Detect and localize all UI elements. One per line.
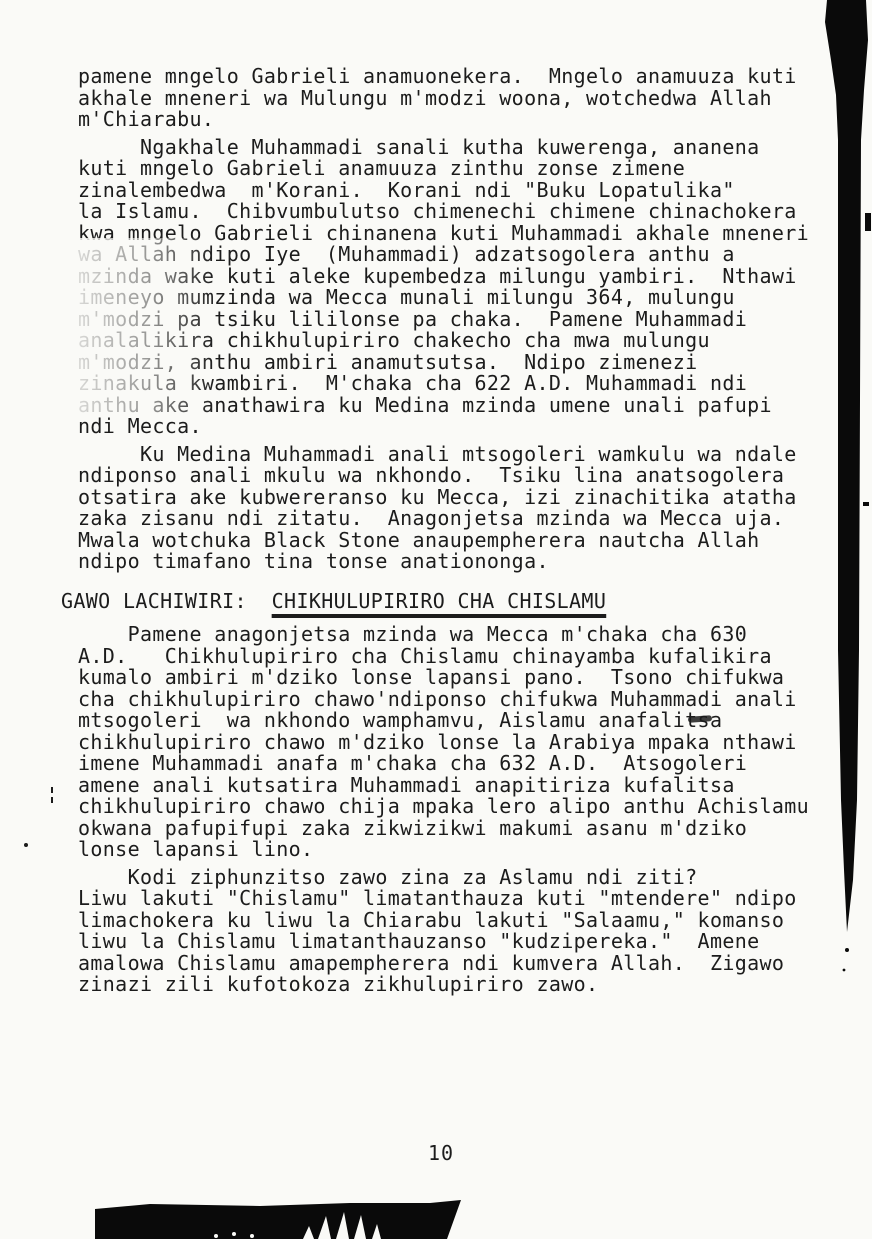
blob-streak-artifact <box>318 1216 331 1239</box>
edge-speck-artifact <box>843 969 846 972</box>
bottom-blob-artifact <box>95 1200 461 1239</box>
para-medina: Ku Medina Muhammadi anali mtsogoleri wam… <box>78 444 838 573</box>
edge-tick-artifact <box>865 213 871 231</box>
blob-streak-artifact <box>303 1226 314 1239</box>
para-teachings: Kodi ziphunzitso zawo zina za Aslamu ndi… <box>78 867 838 996</box>
blob-speck-artifact <box>214 1234 218 1238</box>
page-number: 10 <box>428 1141 454 1165</box>
blob-streak-artifact <box>336 1212 349 1239</box>
edge-speck-artifact <box>845 948 849 952</box>
blob-speck-artifact <box>250 1234 254 1238</box>
para-gabriel-revelation: Ngakhale Muhammadi sanali kutha kuwereng… <box>78 137 838 438</box>
para-spread-of-islam: Pamene anagonjetsa mzinda wa Mecca m'cha… <box>78 624 838 861</box>
blob-streak-artifact <box>354 1215 366 1239</box>
blob-speck-artifact <box>232 1232 236 1236</box>
margin-tick-artifact <box>51 787 53 807</box>
para-intro: pamene mngelo Gabrieli anamuonekera. Mng… <box>78 66 838 131</box>
margin-dot-artifact <box>24 843 28 847</box>
heading-title: CHIKHULUPIRIRO CHA CHISLAMU <box>272 589 607 613</box>
scanned-page: pamene mngelo Gabrieli anamuonekera. Mng… <box>0 0 872 1239</box>
section-heading: GAWO LACHIWIRI: CHIKHULUPIRIRO CHA CHISL… <box>61 591 838 613</box>
document-body: pamene mngelo Gabrieli anamuonekera. Mng… <box>78 66 838 996</box>
blob-streak-artifact <box>372 1224 381 1239</box>
edge-tick-artifact <box>863 502 869 506</box>
heading-prefix: GAWO LACHIWIRI: <box>61 589 272 613</box>
